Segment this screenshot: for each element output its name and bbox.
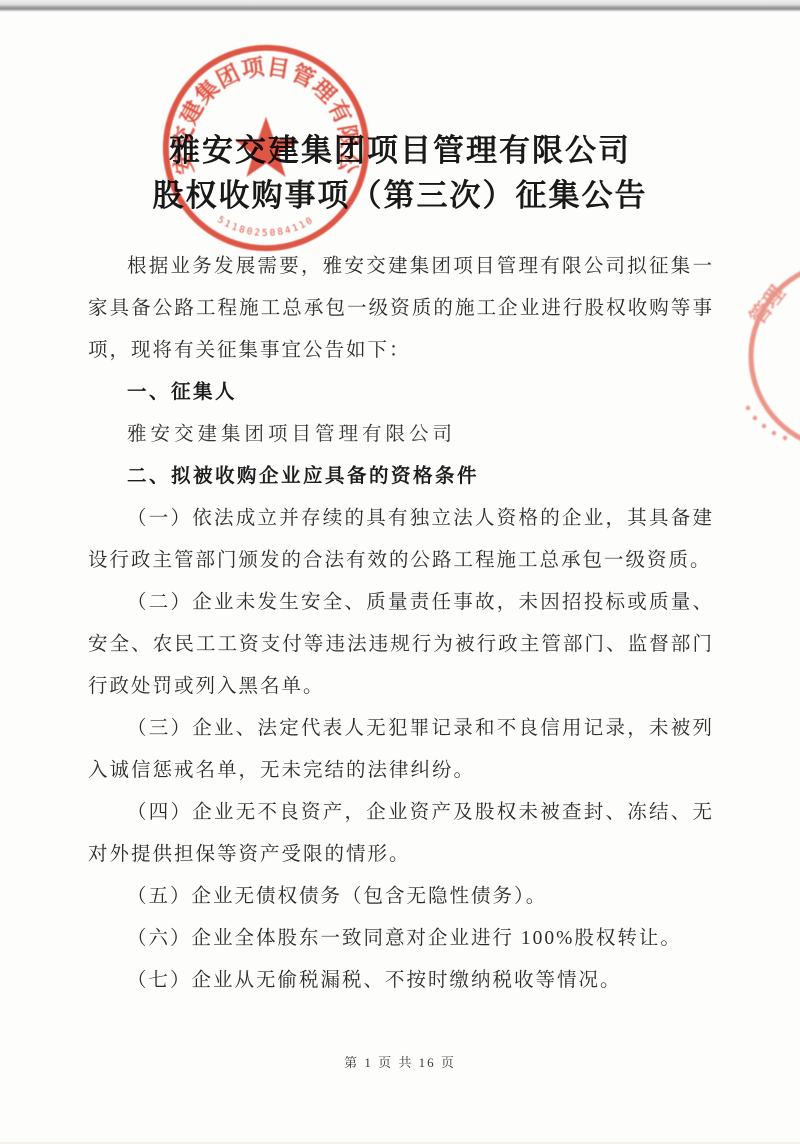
- seal-serial-number: 5118025084110: [215, 214, 316, 239]
- partial-seal: 管理: [712, 248, 800, 478]
- paragraph: 根据业务发展需要，雅安交建集团项目管理有限公司拟征集一家具备公路工程施工总承包一…: [88, 246, 714, 372]
- title-line-2: 股权收购事项（第三次）征集公告: [0, 173, 800, 218]
- page-footer: 第 1 页 共 16 页: [0, 1052, 800, 1071]
- paragraph: （四）企业无不良资产，企业资产及股权未被查封、冻结、无对外提供担保等资产受限的情…: [88, 792, 714, 876]
- partial-seal-fragment: 管理: [745, 280, 790, 329]
- paragraph: （一）依法成立并存续的具有独立法人资格的企业，其具备建设行政主管部门颁发的合法有…: [88, 498, 714, 582]
- paragraph: 一、征集人: [88, 372, 714, 414]
- page-number: 第 1 页 共 16 页: [344, 1055, 456, 1070]
- paragraph: （六）企业全体股东一致同意对企业进行 100%股权转让。: [88, 918, 714, 960]
- paragraph: （五）企业无债权债务（包含无隐性债务）。: [88, 876, 714, 918]
- paragraph: 雅安交建集团项目管理有限公司: [88, 414, 714, 456]
- document-title: 雅安交建集团项目管理有限公司 股权收购事项（第三次）征集公告: [0, 128, 800, 218]
- title-line-1: 雅安交建集团项目管理有限公司: [0, 128, 800, 173]
- paragraph: （三）企业、法定代表人无犯罪记录和不良信用记录，未被列入诚信惩戒名单，无未完结的…: [88, 708, 714, 792]
- scanned-document-page: 雅安交建集团项目管理有限公司 5118025084110 管理 雅安交建集团项目…: [0, 0, 800, 1144]
- paragraph: （七）企业从无偷税漏税、不按时缴纳税收等情况。: [88, 960, 714, 1002]
- partial-seal-ring: [751, 263, 800, 449]
- paragraph: 二、拟被收购企业应具备的资格条件: [88, 456, 714, 498]
- document-body: 根据业务发展需要，雅安交建集团项目管理有限公司拟征集一家具备公路工程施工总承包一…: [88, 246, 714, 1002]
- paragraph: （二）企业未发生安全、质量责任事故，未因招投标或质量、安全、农民工工资支付等违法…: [88, 582, 714, 708]
- partial-seal-dots: [746, 406, 787, 440]
- scan-edge-bar: [0, 0, 800, 12]
